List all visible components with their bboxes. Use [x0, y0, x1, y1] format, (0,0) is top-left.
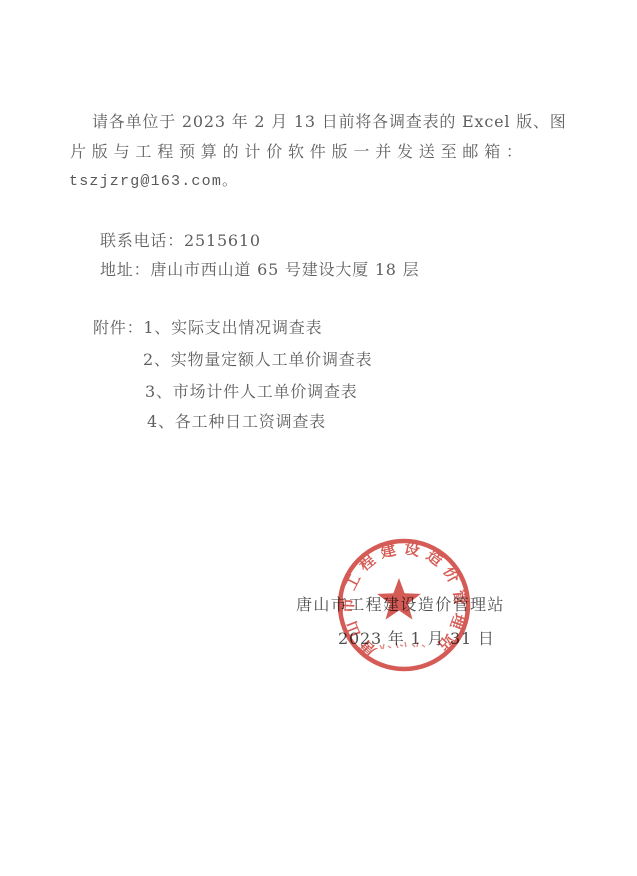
paragraph-line-2: 片版与工程预算的计价软件版一并发送至邮箱： [70, 142, 528, 162]
attachment-item-1: 1、实际支出情况调查表 [143, 318, 322, 337]
attachments-line-1: 附件：1、实际支出情况调查表 [93, 318, 322, 338]
attachment-item-3: 3、市场计件人工单价调查表 [145, 382, 358, 402]
seal-star-icon [377, 578, 421, 620]
seal-code-marks [380, 642, 425, 649]
attachment-item-2: 2、实物量定额人工单价调查表 [143, 350, 372, 370]
contact-phone-line: 联系电话：2515610 [100, 231, 261, 251]
official-seal: 唐山市工程建设造价管理站 [330, 531, 480, 681]
document-page: 请各单位于 2023 年 2 月 13 日前将各调查表的 Excel 版、图 片… [0, 0, 637, 876]
contact-address-line: 地址：唐山市西山道 65 号建设大厦 18 层 [100, 260, 419, 280]
email-address-text: tszjzrg@163.com。 [69, 172, 238, 192]
attachment-item-4: 4、各工种日工资调查表 [147, 412, 326, 432]
attachments-label: 附件： [93, 318, 143, 337]
paragraph-line-1: 请各单位于 2023 年 2 月 13 日前将各调查表的 Excel 版、图 [92, 112, 567, 132]
